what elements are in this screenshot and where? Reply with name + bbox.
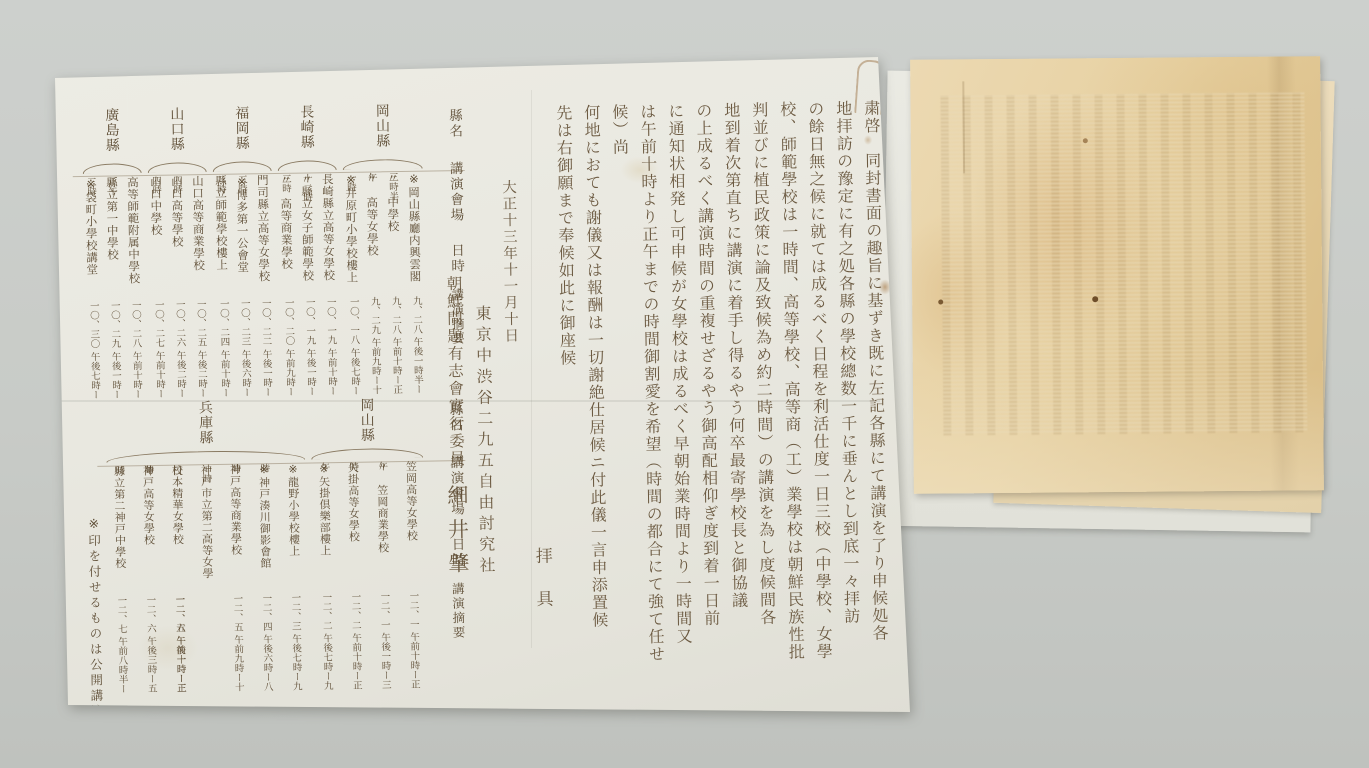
entry-date: 一〇、二五 <box>195 299 207 347</box>
prefecture-group-hyogo: 兵庫縣 ※龍野小學校樓上一二、三午後七時ー九時※神戸湊川御影會館一二、四午後六時… <box>103 399 311 702</box>
letter-paper-surface: 粛啓 同封書面の趣旨に基ずき既に左記各縣にて講演を了り申候処各 地拝訪の豫定に有… <box>48 48 914 718</box>
group-brace <box>278 160 337 171</box>
prefecture-group-nagasaki: 長崎縣 長崎縣立高等女學校一〇、一九午前十時ー十二時〃縣立女子師範學校一〇、一九… <box>275 104 343 407</box>
schedule-entry: 〃 笠岡商業學校一二、一午後一時ー三時 <box>367 462 400 698</box>
schedule-entry: 長崎縣立高等女學校一〇、一九午前十時ー十二時 <box>318 173 343 401</box>
entry-date: 一二、二 <box>320 593 332 631</box>
prefecture-group-okayama-2: 岡山縣 笠岡高等女學校一二、一午前十時ー正午〃 笠岡商業學校一二、一午後一時ー三… <box>308 397 429 699</box>
venue-name: 縣立第二神戸中學校 <box>104 466 135 592</box>
table-header-column: 縣名講演會場日時講演摘要 <box>424 102 469 405</box>
prefecture-label: 岡山縣 <box>372 103 393 159</box>
entry-date: 一二、一 <box>407 591 419 629</box>
public-lecture-footnote: ※印を付せるものは公開講演 <box>84 516 106 746</box>
venue-name: ※神戸湊川御影會館 <box>249 463 280 589</box>
prefecture-label: 長崎縣 <box>296 104 317 160</box>
prefecture-label: 廣島縣 <box>101 107 122 163</box>
entry-date: 九、二八 <box>390 296 402 334</box>
document-content: 粛啓 同封書面の趣旨に基ずき既に左記各縣にて講演を了り申候処各 地拝訪の豫定に有… <box>43 41 919 725</box>
entry-date: 一〇、二八 <box>130 300 142 348</box>
photo-backdrop: 粛啓 同封書面の趣旨に基ずき既に左記各縣にて講演を了り申候処各 地拝訪の豫定に有… <box>0 0 1369 768</box>
group-brace <box>311 448 423 460</box>
entry-date: 一〇、二三 <box>239 298 251 346</box>
schedule-entry: ※神戸湊川御影會館一二、四午後六時ー八時 <box>249 463 282 699</box>
schedule-entry: 高等師範附属中學校一〇、二八午前十時ー正午 <box>123 176 148 404</box>
ink-speck <box>1083 138 1088 143</box>
entry-date: 一二、四 <box>260 594 272 632</box>
prefecture-label: 山口縣 <box>166 106 187 162</box>
venue-name: 山口高等商業學校 <box>187 175 210 295</box>
group-brace <box>343 159 423 170</box>
lower-schedule-table: 縣名講演會場日時講演摘要 岡山縣 笠岡高等女學校一二、一午前十時ー正午〃 笠岡商… <box>94 396 469 702</box>
entry-date: 一〇、二七 <box>153 300 165 348</box>
entry-date: 一〇、一九 <box>304 297 316 345</box>
venue-name: 〃 笠岡商業學校 <box>367 462 398 588</box>
venue-name: 神戸高等商業學校 <box>220 464 251 590</box>
header-datetime: 日時 <box>448 243 464 274</box>
entry-date: 一二、三 <box>289 593 301 631</box>
entry-date: 一〇、三〇 <box>88 301 100 349</box>
schedule-entry: 神戸市立第二高等女學校一二、五午後一時ー三時 <box>191 464 224 700</box>
header-summary: 講演摘要 <box>450 582 466 640</box>
header-summary: 講演摘要 <box>450 288 466 346</box>
schedule-entry: ※龍野小學校樓上一二、三午後七時ー九時 <box>278 463 311 699</box>
entry-date: 一〇、二九 <box>109 300 121 348</box>
entry-date: 一二、五 <box>231 594 243 632</box>
schedule-entry: 門司縣立高等女學校一〇、二二午後一時ー三時 <box>253 174 278 402</box>
entry-date: 九、二八 <box>411 296 423 334</box>
entry-date: 一〇、二〇 <box>283 298 295 346</box>
entry-date: 一二、二 <box>349 592 361 630</box>
prefecture-group-okayama: 岡山縣 ※岡山縣廳内興雲閣九、二八午後一時半ー三時半〃 中學校九、二八午前十時ー… <box>340 103 429 406</box>
schedule-entry: ※矢掛倶樂部樓上一二、二午後七時ー九時 <box>309 462 342 698</box>
prefecture-group-hiroshima: 廣島縣 高等師範附属中學校一〇、二八午前十時ー正午縣立第一中學校一〇、二九午後一… <box>80 107 148 410</box>
venue-name: 矢掛高等女學校 <box>338 462 369 588</box>
schedule-entry: 笠岡高等女學校一二、一午前十時ー正午 <box>396 461 429 697</box>
venue-name: 高等師範附属中學校 <box>122 176 145 296</box>
prefecture-group-yamaguchi: 山口縣 山口高等商業學校一〇、二五午後二時ー四時山口高等學校一〇、二六午後二時ー… <box>145 106 213 409</box>
venue-name: 長崎縣立高等女學校 <box>317 173 340 293</box>
entry-date: 一二、五 <box>173 595 185 633</box>
entry-date: 一二、一 <box>378 592 390 630</box>
venue-name: 笠岡高等女學校 <box>396 461 427 587</box>
header-prefecture: 縣名 <box>446 108 462 139</box>
venue-name: 神戸高等女學校 <box>133 465 164 591</box>
schedule-entry: 神戸高等商業學校一二、五午前九時ー十一時 <box>220 464 253 700</box>
ink-speck <box>1092 296 1098 302</box>
header-prefecture: 縣名 <box>446 402 462 433</box>
entry-date: 一〇、二二 <box>260 298 272 346</box>
venue-name: ※龍野小學校樓上 <box>278 463 309 589</box>
prefecture-label: 岡山縣 <box>356 397 377 449</box>
entry-date: 一〇、一八 <box>348 297 360 345</box>
prefecture-group-fukuoka: 福岡縣 門司縣立高等女學校一〇、二二午後一時ー三時※博多第一公會堂一〇、二三午後… <box>210 105 278 408</box>
paper-browned-sheet <box>910 56 1324 494</box>
header-venue: 講演會場 <box>447 161 464 223</box>
prefecture-label: 兵庫縣 <box>195 400 216 452</box>
table-header-column: 縣名講演會場日時講演摘要 <box>424 396 469 697</box>
group-brace <box>106 450 305 463</box>
main-letter-sheet: 粛啓 同封書面の趣旨に基ずき既に左記各縣にて講演を了り申候処各 地拝訪の豫定に有… <box>48 48 914 718</box>
header-venue: 講演會場 <box>447 455 464 517</box>
prefecture-label: 福岡縣 <box>231 105 252 161</box>
entry-date: 一二、六 <box>144 595 156 633</box>
entry-date: 一〇、二六 <box>174 299 186 347</box>
venue-name: ※矢掛倶樂部樓上 <box>309 462 340 588</box>
ink-speck <box>938 300 943 305</box>
bleedthrough-text <box>940 92 1307 435</box>
letter-closing: 拝具 <box>528 547 558 687</box>
group-brace <box>83 163 142 174</box>
entry-date: 九、二九 <box>369 296 381 334</box>
upper-schedule-table: 縣名講演會場日時講演摘要 岡山縣 ※岡山縣廳内興雲閣九、二八午後一時半ー三時半〃… <box>70 102 469 410</box>
venue-name: ※岡山縣廳内興雲閣 <box>403 172 426 292</box>
schedule-entry: 山口高等商業學校一〇、二五午後二時ー四時 <box>188 175 213 403</box>
schedule-entry: 矢掛高等女學校一二、二午前十時ー正午 <box>338 462 371 698</box>
header-datetime: 日時 <box>449 537 465 568</box>
group-brace <box>213 161 272 172</box>
letter-text: 粛啓 同封書面の趣旨に基ずき既に左記各縣にて講演を了り申候処各 地拝訪の豫定に有… <box>439 93 894 688</box>
group-brace <box>148 162 207 173</box>
entry-date: 一二、七 <box>115 596 127 634</box>
venue-name: 門司縣立高等女學校 <box>252 174 275 294</box>
entry-date: 一〇、二四 <box>218 299 230 347</box>
venue-name: 〃 高等女學校 <box>361 172 384 292</box>
entry-date: 一〇、一九 <box>325 297 337 345</box>
letter-column: は午前十時より正午までの時間御割愛を希望（時間の都合にて強て任せ候）尚 <box>605 103 670 686</box>
schedule-entry: 縣立第二神戸中學校一二、七午前八時半ー十時 <box>104 466 137 702</box>
schedule-entry: 神戸高等女學校一二、六午後三時ー五時 <box>133 465 166 701</box>
